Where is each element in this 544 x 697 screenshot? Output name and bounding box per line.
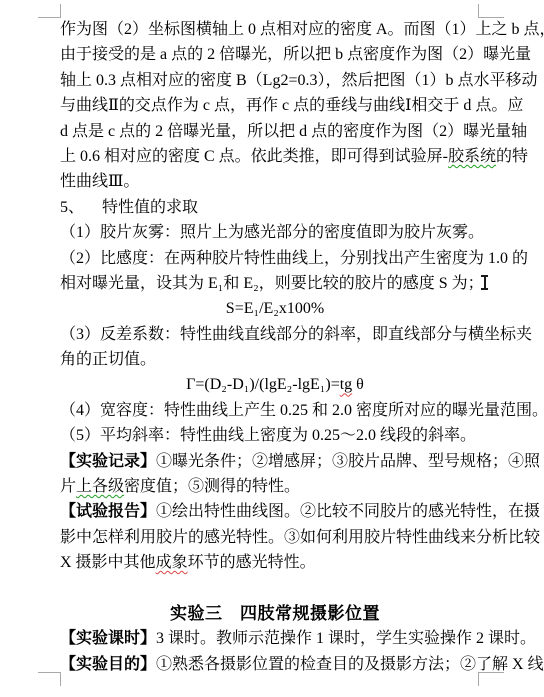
text-line: （1）胶片灰雾：照片上为感光部分的密度值即为胶片灰雾。 (60, 220, 490, 245)
body-text: 上 0.6 相对应的密度 C 点。依此类推，即可得到试验屏- (60, 148, 448, 165)
text-cursor-ibeam (480, 275, 489, 290)
text-line: 【试验报告】①绘出特性曲线图。②比较不同胶片的感光特性，在摄 (60, 499, 490, 524)
body-text: （4）宽容度：特性曲线上产生 0.25 和 2.0 密度所对应的曝光量范围。 (60, 402, 544, 419)
body-text: ①曝光条件；②增感屏；③胶片品牌、型号规格；④照 (156, 453, 540, 470)
body-text: 由于接受的是 a 点的 2 倍曝光，所以把 b 点密度作为图（2）曝光量 (60, 46, 531, 63)
text-line: （5）平均斜率：特性曲线上密度为 0.25～2.0 线段的斜率。 (60, 423, 490, 448)
text-line: （3）反差系数：特性曲线直线部分的斜率，即直线部分与横坐标夹 (60, 322, 490, 347)
text-line: 作为图（2）坐标图横轴上 0 点相对应的密度 A。而图（1）上之 b 点， (60, 17, 490, 42)
body-text: 片 (60, 478, 76, 495)
crop-mark-top-left (38, 4, 61, 18)
body-text: 环节的感光特性。 (188, 554, 316, 571)
body-text: 作为图（2）坐标图横轴上 0 点相对应的密度 A。而图（1）上之 b 点， (60, 21, 544, 38)
body-text: （3）反差系数：特性曲线直线部分的斜率，即直线部分与横坐标夹 (60, 326, 532, 343)
text-line: 上 0.6 相对应的密度 C 点。依此类推，即可得到试验屏-胶系统的特 (60, 144, 490, 169)
text-line: （4）宽容度：特性曲线上产生 0.25 和 2.0 密度所对应的曝光量范围。 (60, 398, 490, 423)
body-text: （1）胶片灰雾：照片上为感光部分的密度值即为胶片灰雾。 (60, 224, 484, 241)
section-heading: 实验三 四肢常规摄影位置 (60, 601, 490, 626)
text-line: 影中怎样利用胶片的感光特性。③如何利用胶片特性曲线来分析比较 (60, 525, 490, 550)
body-text: 相对曝光量，设其为 E₁和 E₂，则要比较的胶片的感度 S 为； (60, 275, 484, 292)
body-text: 性曲线Ⅲ。 (60, 173, 139, 190)
formula-text: S=E₁/E₂x100% (226, 300, 324, 317)
document-text-area[interactable]: 作为图（2）坐标图横轴上 0 点相对应的密度 A。而图（1）上之 b 点， 由于… (60, 17, 490, 677)
section-heading-text: 实验三 四肢常规摄影位置 (170, 604, 380, 623)
text-line: 相对曝光量，设其为 E₁和 E₂，则要比较的胶片的感度 S 为； (60, 271, 490, 296)
list-number: 5、 (60, 195, 102, 220)
body-text: ①熟悉各摄影位置的检查目的及摄影方法；②了解 X 线 (156, 656, 544, 673)
purpose-tag: 【实验目的】 (60, 656, 156, 673)
class-hours-tag: 【实验课时】 (60, 630, 156, 647)
text-line: X 摄影中其他成象环节的感光特性。 (60, 550, 490, 575)
body-text: 的特 (496, 148, 528, 165)
text-line: 由于接受的是 a 点的 2 倍曝光，所以把 b 点密度作为图（2）曝光量 (60, 42, 490, 67)
text-line: 性曲线Ⅲ。 (60, 169, 490, 194)
body-text: 角的正切值。 (60, 351, 156, 368)
crop-mark-top-right (478, 4, 504, 18)
heading-text: 特性值的求取 (102, 199, 198, 216)
text-line: 片上各级密度值；⑤测得的特性。 (60, 474, 490, 499)
crop-mark-bottom-left (38, 672, 61, 686)
numbered-heading-line: 5、特性值的求取 (60, 195, 490, 220)
body-text: 3 课时。教师示范操作 1 课时，学生实验操作 2 课时。 (156, 630, 536, 647)
text-line: 轴上 0.3 点相对应的密度 B（Lg2=0.3），然后把图（1）b 点水平移动 (60, 68, 490, 93)
formula-gamma: Γ=(D₂-D₁)/(lgE₂-lgE₁)=tg θ (60, 372, 490, 397)
text-line: 角的正切值。 (60, 347, 490, 372)
text-line: 【实验记录】①曝光条件；②增感屏；③胶片品牌、型号规格；④照 (60, 449, 490, 474)
formula-text: Γ=(D₂-D₁)/(lgE₂-lgE₁)= (186, 376, 340, 393)
formula-sensitivity: S=E₁/E₂x100% (60, 296, 490, 321)
text-line: 【实验目的】①熟悉各摄影位置的检查目的及摄影方法；②了解 X 线 (60, 652, 490, 677)
body-text: 与曲线Ⅱ的交点作为 c 点，再作 c 点的垂线与曲线Ⅰ相交于 d 点。应 (60, 97, 523, 114)
spelling-flagged-text: tg (340, 376, 352, 393)
body-text: （5）平均斜率：特性曲线上密度为 0.25～2.0 线段的斜率。 (60, 427, 476, 444)
body-text: 轴上 0.3 点相对应的密度 B（Lg2=0.3），然后把图（1）b 点水平移动 (60, 72, 537, 89)
record-tag: 【实验记录】 (60, 453, 156, 470)
spelling-flagged-text: 成象 (156, 554, 188, 571)
report-tag: 【试验报告】 (60, 503, 156, 520)
text-line: （2）比感度：在两种胶片特性曲线上，分别找出产生密度为 1.0 的 (60, 246, 490, 271)
body-text: d 点是 c 点的 2 倍曝光量，所以把 d 点的密度作为图（2）曝光量轴 (60, 123, 527, 140)
body-text: ①绘出特性曲线图。②比较不同胶片的感光特性，在摄 (156, 503, 540, 520)
body-text: 密度值；⑤测得的特性。 (124, 478, 300, 495)
body-text: 影中怎样利用胶片的感光特性。③如何利用胶片特性曲线来分析比较 (60, 529, 540, 546)
grammar-flagged-text: 胶系统 (448, 148, 496, 165)
text-line: 与曲线Ⅱ的交点作为 c 点，再作 c 点的垂线与曲线Ⅰ相交于 d 点。应 (60, 93, 490, 118)
body-text: X 摄影中其他 (60, 554, 156, 571)
text-line: d 点是 c 点的 2 倍曝光量，所以把 d 点的密度作为图（2）曝光量轴 (60, 119, 490, 144)
grammar-flagged-text: 上各级 (76, 478, 124, 495)
blank-line (60, 576, 490, 601)
text-line: 【实验课时】3 课时。教师示范操作 1 课时，学生实验操作 2 课时。 (60, 626, 490, 651)
formula-text: θ (352, 376, 364, 393)
body-text: （2）比感度：在两种胶片特性曲线上，分别找出产生密度为 1.0 的 (60, 250, 528, 267)
